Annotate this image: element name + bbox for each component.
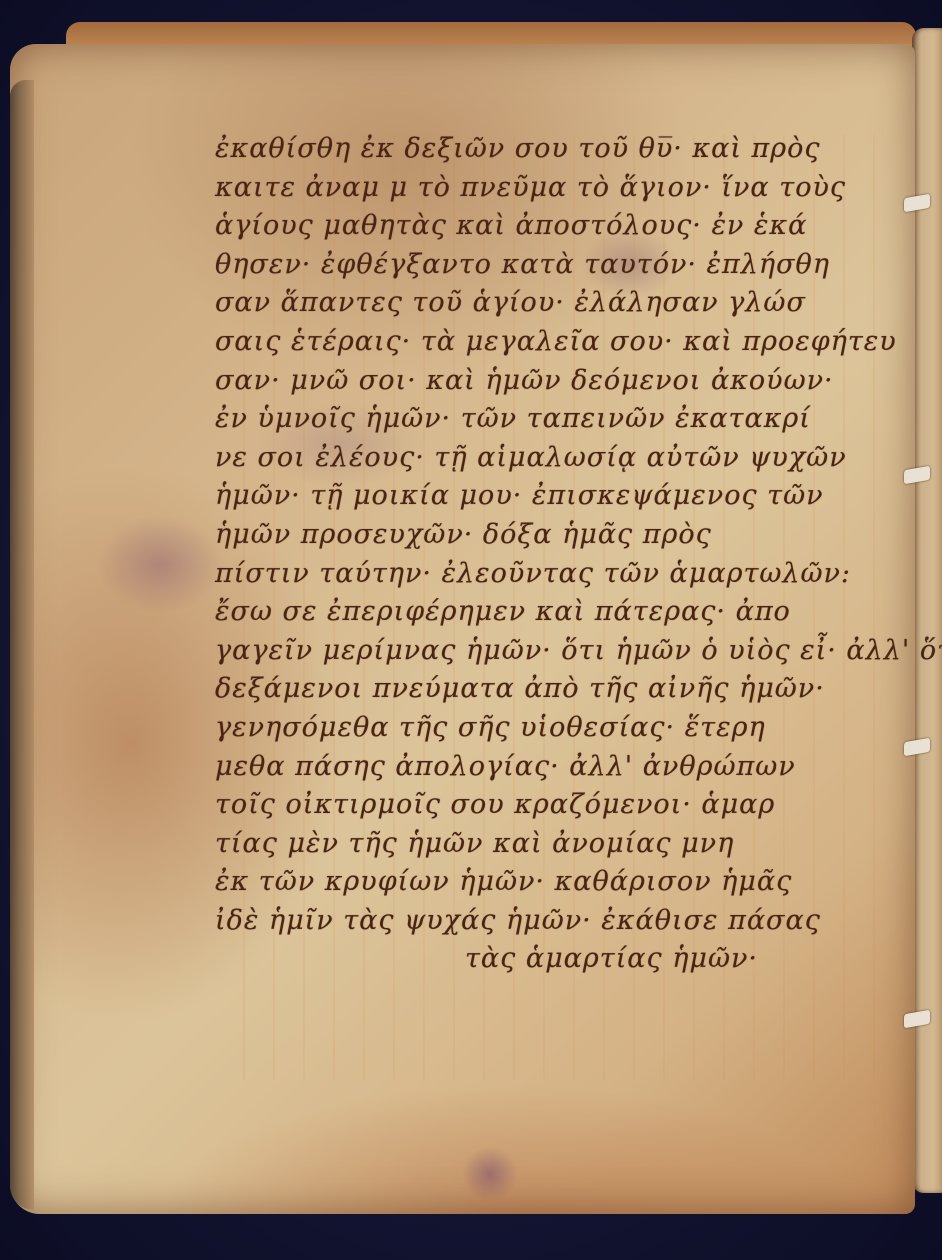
text-line: μεθα πάσης ἀπολογίας· ἀλλ' ἀνθρώπων — [215, 748, 895, 787]
text-line: σαις ἑτέραις· τὰ μεγαλεῖα σου· καὶ προεφ… — [215, 323, 895, 362]
text-line: τίας μὲν τῆς ἡμῶν καὶ ἀνομίας μνη — [215, 825, 895, 864]
text-line: σαν ἅπαντες τοῦ ἁγίου· ἐλάλησαν γλώσ — [215, 284, 895, 323]
text-line: ἐκ τῶν κρυφίων ἡμῶν· καθάρισον ἡμᾶς — [215, 863, 895, 902]
text-line: ἐν ὑμνοῖς ἡμῶν· τῶν ταπεινῶν ἐκατακρί — [215, 400, 895, 439]
text-line: τοῖς οἰκτιρμοῖς σου κραζόμενοι· ἁμαρ — [215, 786, 895, 825]
text-line: σαν· μνῶ σοι· καὶ ἡμῶν δεόμενοι ἀκούων· — [215, 362, 895, 401]
text-line: ἡμῶν· τῇ μοικία μου· ἐπισκεψάμενος τῶν — [215, 477, 895, 516]
text-line-final: τὰς ἁμαρτίας ἡμῶν· — [215, 940, 895, 979]
text-line: γενησόμεθα τῆς σῆς υἱοθεσίας· ἕτερη — [215, 709, 895, 748]
text-line: ἐκαθίσθη ἐκ δεξιῶν σου τοῦ θυ̅· καὶ πρὸς — [215, 130, 895, 169]
text-line: νε σοι ἐλέους· τῇ αἱμαλωσίᾳ αὐτῶν ψυχῶν — [215, 439, 895, 478]
text-line: δεξάμενοι πνεύματα ἀπὸ τῆς αἰνῆς ἡμῶν· — [215, 670, 895, 709]
text-line: ἁγίους μαθητὰς καὶ ἀποστόλους· ἐν ἑκά — [215, 207, 895, 246]
text-line: γαγεῖν μερίμνας ἡμῶν· ὅτι ἡμῶν ὁ υἱὸς εἶ… — [215, 632, 895, 671]
manuscript-text-column: ἐκαθίσθη ἐκ δεξιῶν σου τοῦ θυ̅· καὶ πρὸς… — [215, 130, 895, 979]
text-line: καιτε ἀναμ μ τὸ πνεῦμα τὸ ἅγιον· ἵνα τοὺ… — [215, 169, 895, 208]
page-left-edge — [10, 80, 34, 1210]
text-line: θησεν· ἐφθέγξαντο κατὰ ταυτόν· ἐπλήσθη — [215, 246, 895, 285]
text-line: ἰδὲ ἡμῖν τὰς ψυχάς ἡμῶν· ἐκάθισε πάσας — [215, 902, 895, 941]
text-line: πίστιν ταύτην· ἐλεοῦντας τῶν ἁμαρτωλῶν: — [215, 555, 895, 594]
text-line: ἡμῶν προσευχῶν· δόξα ἡμᾶς πρὸς — [215, 516, 895, 555]
text-line: ἔσω σε ἐπεριφέρημεν καὶ πάτερας· ἀπο — [215, 593, 895, 632]
